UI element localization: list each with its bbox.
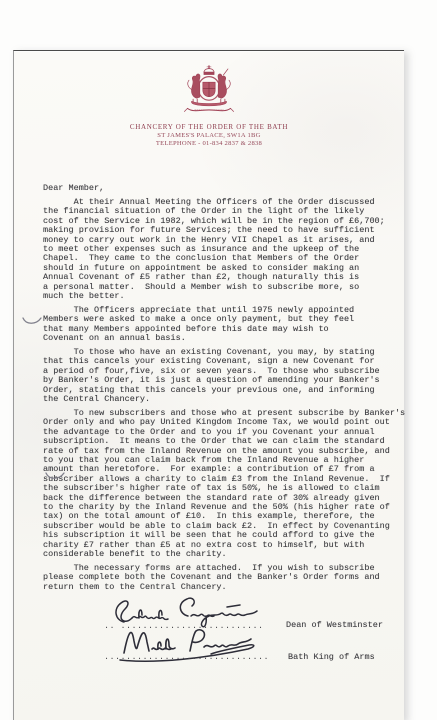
letterhead: CHANCERY OF THE ORDER OF THE BATH ST JAM… <box>55 65 363 148</box>
signatory-title-1: Dean of Westminster <box>286 620 383 630</box>
salutation: Dear Member, <box>43 184 415 193</box>
letter-body: Dear Member, At their Annual Meeting the… <box>43 184 415 592</box>
signature-line-2: .............................. <box>104 652 269 662</box>
paragraph-3: To those who have an existing Covenant, … <box>43 348 415 404</box>
paragraph-1: At their Annual Meeting the Officers of … <box>43 198 415 301</box>
paragraph-4: To new subscribers and those who at pres… <box>43 409 415 560</box>
pen-tick-mark-icon <box>21 316 43 327</box>
signatory-title-2: Bath King of Arms <box>288 652 375 662</box>
paragraph-2: The Officers appreciate that until 1975 … <box>43 306 415 344</box>
letter-paper: CHANCERY OF THE ORDER OF THE BATH ST JAM… <box>13 50 404 720</box>
scanned-letter-page: { "letterhead": { "crest_icon": "royal-c… <box>0 0 437 720</box>
royal-coat-of-arms-icon <box>168 65 250 120</box>
letterhead-organization: CHANCERY OF THE ORDER OF THE BATH <box>55 123 363 132</box>
letterhead-telephone: TELEPHONE - 01-834 2837 & 2838 <box>55 140 363 148</box>
paragraph-5: The necessary forms are attached. If you… <box>43 564 415 592</box>
letterhead-address: ST JAMES'S PALACE, SW1A 1BG <box>55 132 363 140</box>
pen-tick-mark-icon <box>44 471 66 482</box>
